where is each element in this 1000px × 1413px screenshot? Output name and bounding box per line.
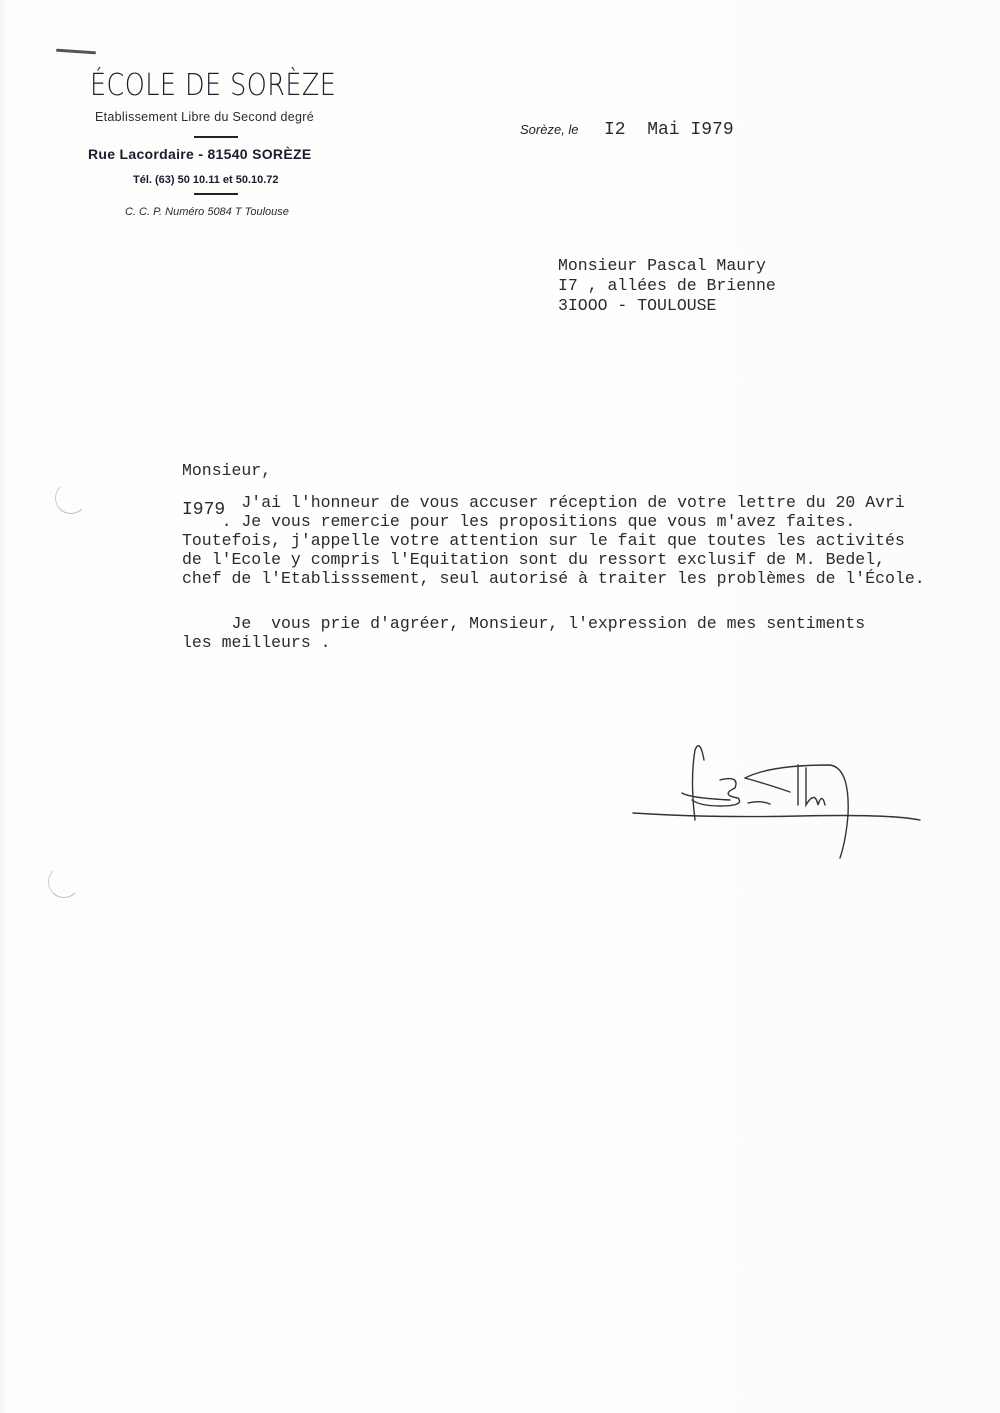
signature-icon <box>620 720 940 870</box>
letterhead-subtitle: Etablissement Libre du Second degré <box>95 110 314 124</box>
punch-hole <box>55 482 87 514</box>
pen-mark <box>56 49 96 55</box>
body-line: les meilleurs . <box>182 633 331 652</box>
body-line: . Je vous remercie pour les propositions… <box>182 512 855 531</box>
letterhead-ccp: C. C. P. Numéro 5084 T Toulouse <box>125 206 289 218</box>
letter-page: ÉCOLE DE SORÈZE Etablissement Libre du S… <box>0 0 1000 1413</box>
letterhead-phone: Tél. (63) 50 10.11 et 50.10.72 <box>133 174 279 186</box>
body-line: Je vous prie d'agréer, Monsieur, l'expre… <box>182 614 865 633</box>
body-line: Toutefois, j'appelle votre attention sur… <box>182 531 905 550</box>
letterhead-divider <box>194 136 238 138</box>
date-label: Sorèze, le <box>520 122 579 137</box>
body-line: chef de l'Etablisssement, seul autorisé … <box>182 569 925 588</box>
body-line: de l'Ecole y compris l'Equitation sont d… <box>182 550 885 569</box>
salutation: Monsieur, <box>182 461 271 480</box>
punch-hole <box>48 866 80 898</box>
letterhead-address: Rue Lacordaire - 81540 SORÈZE <box>88 146 311 162</box>
recipient-line: I7 , allées de Brienne <box>558 276 776 295</box>
letterhead-title: ÉCOLE DE SORÈZE <box>90 68 336 103</box>
letterhead-divider <box>194 193 238 195</box>
body-line: J'ai l'honneur de vous accuser réception… <box>182 493 905 512</box>
letter-date: I2 Mai I979 <box>604 120 734 140</box>
recipient-line: 3IOOO - TOULOUSE <box>558 296 716 315</box>
recipient-line: Monsieur Pascal Maury <box>558 256 766 275</box>
